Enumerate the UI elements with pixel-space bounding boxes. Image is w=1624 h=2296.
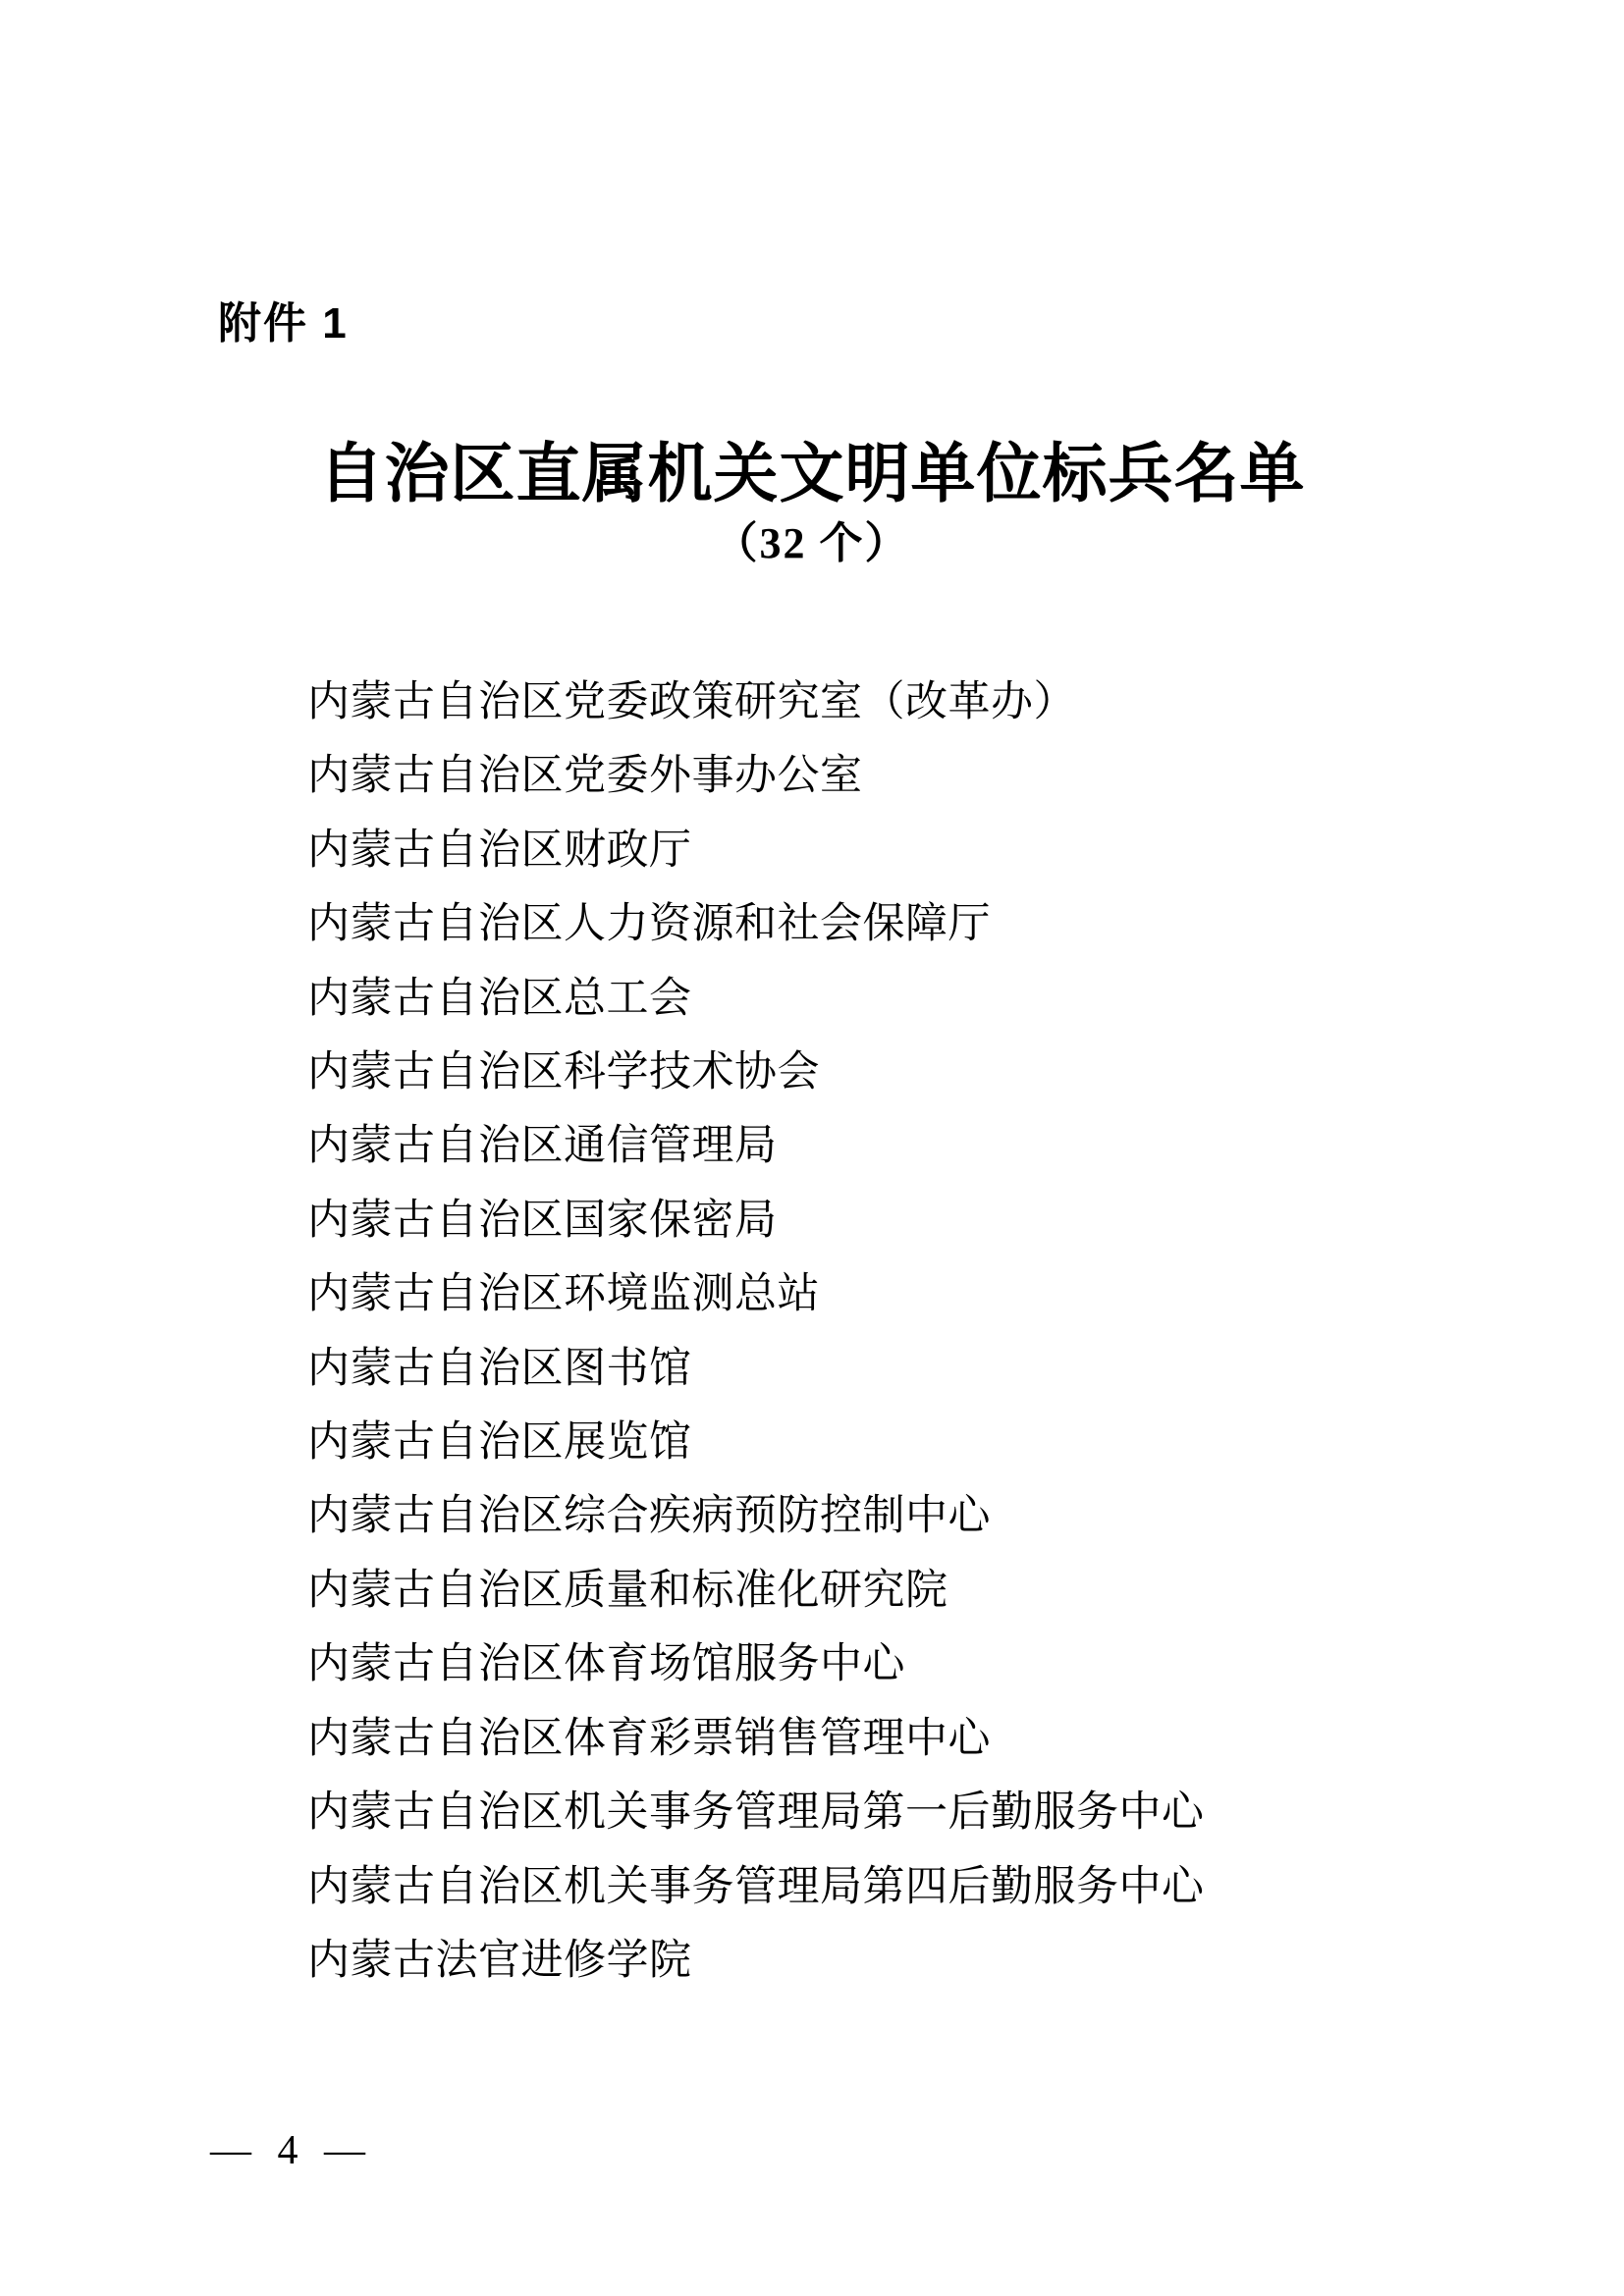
list-item: 内蒙古自治区环境监测总站 <box>307 1257 1205 1331</box>
list-item: 内蒙古自治区机关事务管理局第一后勤服务中心 <box>307 1776 1205 1849</box>
list-item: 内蒙古自治区财政厅 <box>307 814 1205 887</box>
list-item: 内蒙古自治区通信管理局 <box>307 1109 1205 1183</box>
list-item: 内蒙古法官进修学院 <box>307 1924 1205 1998</box>
list-item: 内蒙古自治区党委政策研究室（改革办） <box>307 666 1205 739</box>
list-item: 内蒙古自治区展览馆 <box>307 1406 1205 1479</box>
list-item: 内蒙古自治区科学技术协会 <box>307 1036 1205 1109</box>
list-item: 内蒙古自治区党委外事办公室 <box>307 739 1205 813</box>
unit-list: 内蒙古自治区党委政策研究室（改革办）内蒙古自治区党委外事办公室内蒙古自治区财政厅… <box>307 666 1205 1998</box>
list-item: 内蒙古自治区综合疾病预防控制中心 <box>307 1479 1205 1553</box>
document-page: 附件 1 自治区直属机关文明单位标兵名单 （32 个） 内蒙古自治区党委政策研究… <box>0 0 1624 2296</box>
attachment-label: 附件 1 <box>218 300 349 347</box>
unit-count-subtitle: （32 个） <box>0 518 1624 570</box>
list-item: 内蒙古自治区总工会 <box>307 962 1205 1036</box>
list-item: 内蒙古自治区机关事务管理局第四后勤服务中心 <box>307 1850 1205 1924</box>
list-item: 内蒙古自治区国家保密局 <box>307 1184 1205 1257</box>
page-title: 自治区直属机关文明单位标兵名单 <box>0 438 1624 512</box>
page-number-footer: — 4 — <box>210 2126 367 2175</box>
list-item: 内蒙古自治区体育场馆服务中心 <box>307 1628 1205 1701</box>
list-item: 内蒙古自治区体育彩票销售管理中心 <box>307 1702 1205 1776</box>
list-item: 内蒙古自治区图书馆 <box>307 1332 1205 1406</box>
list-item: 内蒙古自治区人力资源和社会保障厅 <box>307 887 1205 961</box>
list-item: 内蒙古自治区质量和标准化研究院 <box>307 1554 1205 1628</box>
